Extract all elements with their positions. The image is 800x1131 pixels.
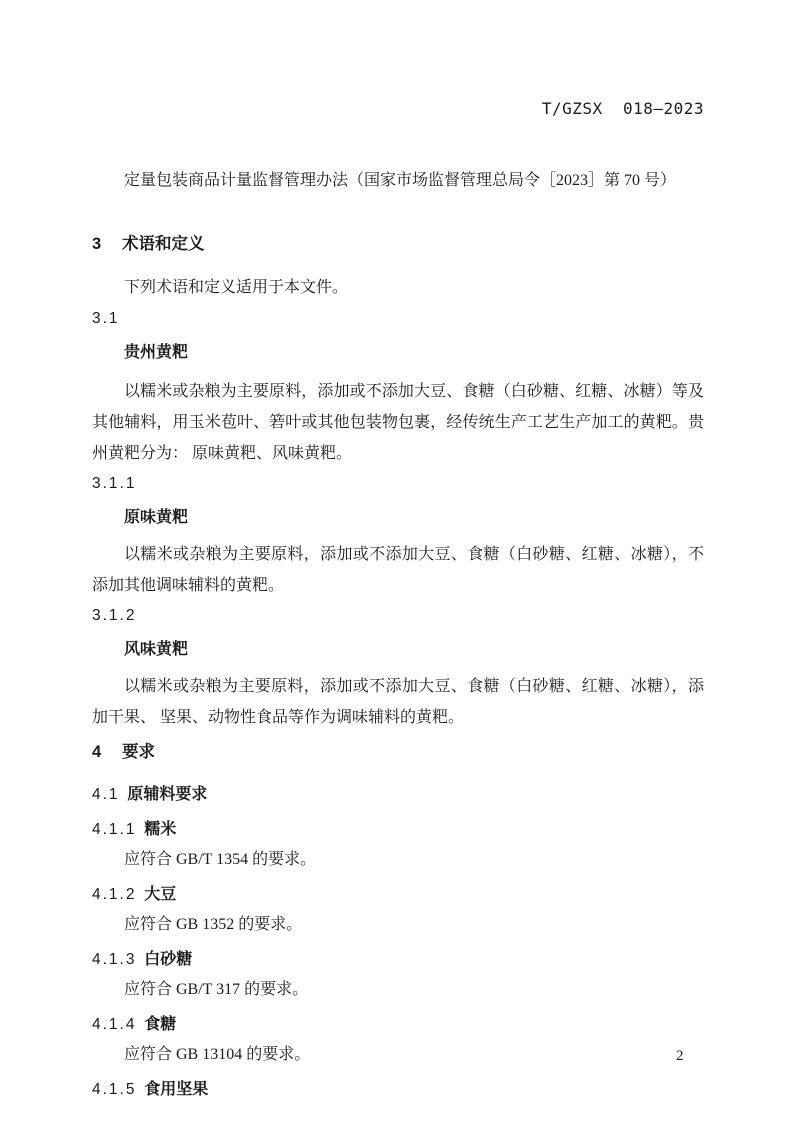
section-3-heading: 3术语和定义 bbox=[92, 233, 704, 255]
page-header: T/GZSX 018—2023 bbox=[92, 76, 704, 142]
term-name: 原味黄粑 bbox=[92, 507, 704, 529]
terms-intro: 下列术语和定义适用于本文件。 bbox=[92, 277, 704, 299]
section-3-title: 术语和定义 bbox=[122, 235, 205, 253]
clause-title: 食糖 bbox=[144, 1016, 176, 1033]
clause-body: 应符合 GB/T 317 的要求。 bbox=[92, 979, 704, 1001]
term-number: 3.1 bbox=[92, 308, 704, 330]
section-4-title: 要求 bbox=[122, 743, 155, 761]
page-content: T/GZSX 018—2023 定量包装商品计量监督管理办法（国家市场监督管理总… bbox=[92, 76, 704, 1101]
clause-title: 食用坚果 bbox=[144, 1081, 208, 1098]
clause-heading: 4.1.3白砂糖 bbox=[92, 949, 704, 971]
term-number: 3.1.1 bbox=[92, 473, 704, 495]
subsection-4-1-heading: 4.1原辅料要求 bbox=[92, 784, 704, 806]
clause-body: 应符合 GB/T 1354 的要求。 bbox=[92, 849, 704, 871]
clause-heading: 4.1.1糯米 bbox=[92, 819, 704, 841]
term-definition: 以糯米或杂粮为主要原料，添加或不添加大豆、食糖（白砂糖、红糖、冰糖），添加干果、… bbox=[92, 671, 704, 733]
clause-number: 4.1.5 bbox=[92, 1081, 136, 1098]
term-name: 风味黄粑 bbox=[92, 639, 704, 661]
clause-number: 4.1.4 bbox=[92, 1016, 136, 1033]
clause-heading: 4.1.5食用坚果 bbox=[92, 1079, 704, 1101]
clause-body: 应符合 GB 1352 的要求。 bbox=[92, 914, 704, 936]
subsection-number: 4.1 bbox=[92, 786, 120, 803]
clause-heading: 4.1.2大豆 bbox=[92, 884, 704, 906]
clause-title: 白砂糖 bbox=[144, 951, 192, 968]
term-number: 3.1.2 bbox=[92, 605, 704, 627]
standard-number: T/GZSX 018—2023 bbox=[542, 99, 704, 118]
clause-number: 4.1.3 bbox=[92, 951, 136, 968]
clause-title: 大豆 bbox=[144, 886, 176, 903]
document-page: T/GZSX 018—2023 定量包装商品计量监督管理办法（国家市场监督管理总… bbox=[0, 0, 800, 1131]
page-number: 2 bbox=[676, 1046, 684, 1066]
subsection-title: 原辅料要求 bbox=[127, 786, 207, 803]
clause-number: 4.1.2 bbox=[92, 886, 136, 903]
clause-number: 4.1.1 bbox=[92, 821, 136, 838]
section-4-heading: 4要求 bbox=[92, 741, 704, 763]
clause-body: 应符合 GB 13104 的要求。 bbox=[92, 1044, 704, 1066]
clause-title: 糯米 bbox=[144, 821, 176, 838]
reference-item: 定量包装商品计量监督管理办法（国家市场监督管理总局令［2023］第 70 号） bbox=[92, 170, 704, 192]
clause-heading: 4.1.4食糖 bbox=[92, 1014, 704, 1036]
section-3-number: 3 bbox=[92, 235, 102, 253]
term-name: 贵州黄粑 bbox=[92, 342, 704, 364]
term-definition: 以糯米或杂粮为主要原料，添加或不添加大豆、食糖（白砂糖、红糖、冰糖），不添加其他… bbox=[92, 539, 704, 601]
term-definition: 以糯米或杂粮为主要原料，添加或不添加大豆、食糖（白砂糖、红糖、冰糖）等及其他辅料… bbox=[92, 376, 704, 469]
section-4-number: 4 bbox=[92, 743, 102, 761]
